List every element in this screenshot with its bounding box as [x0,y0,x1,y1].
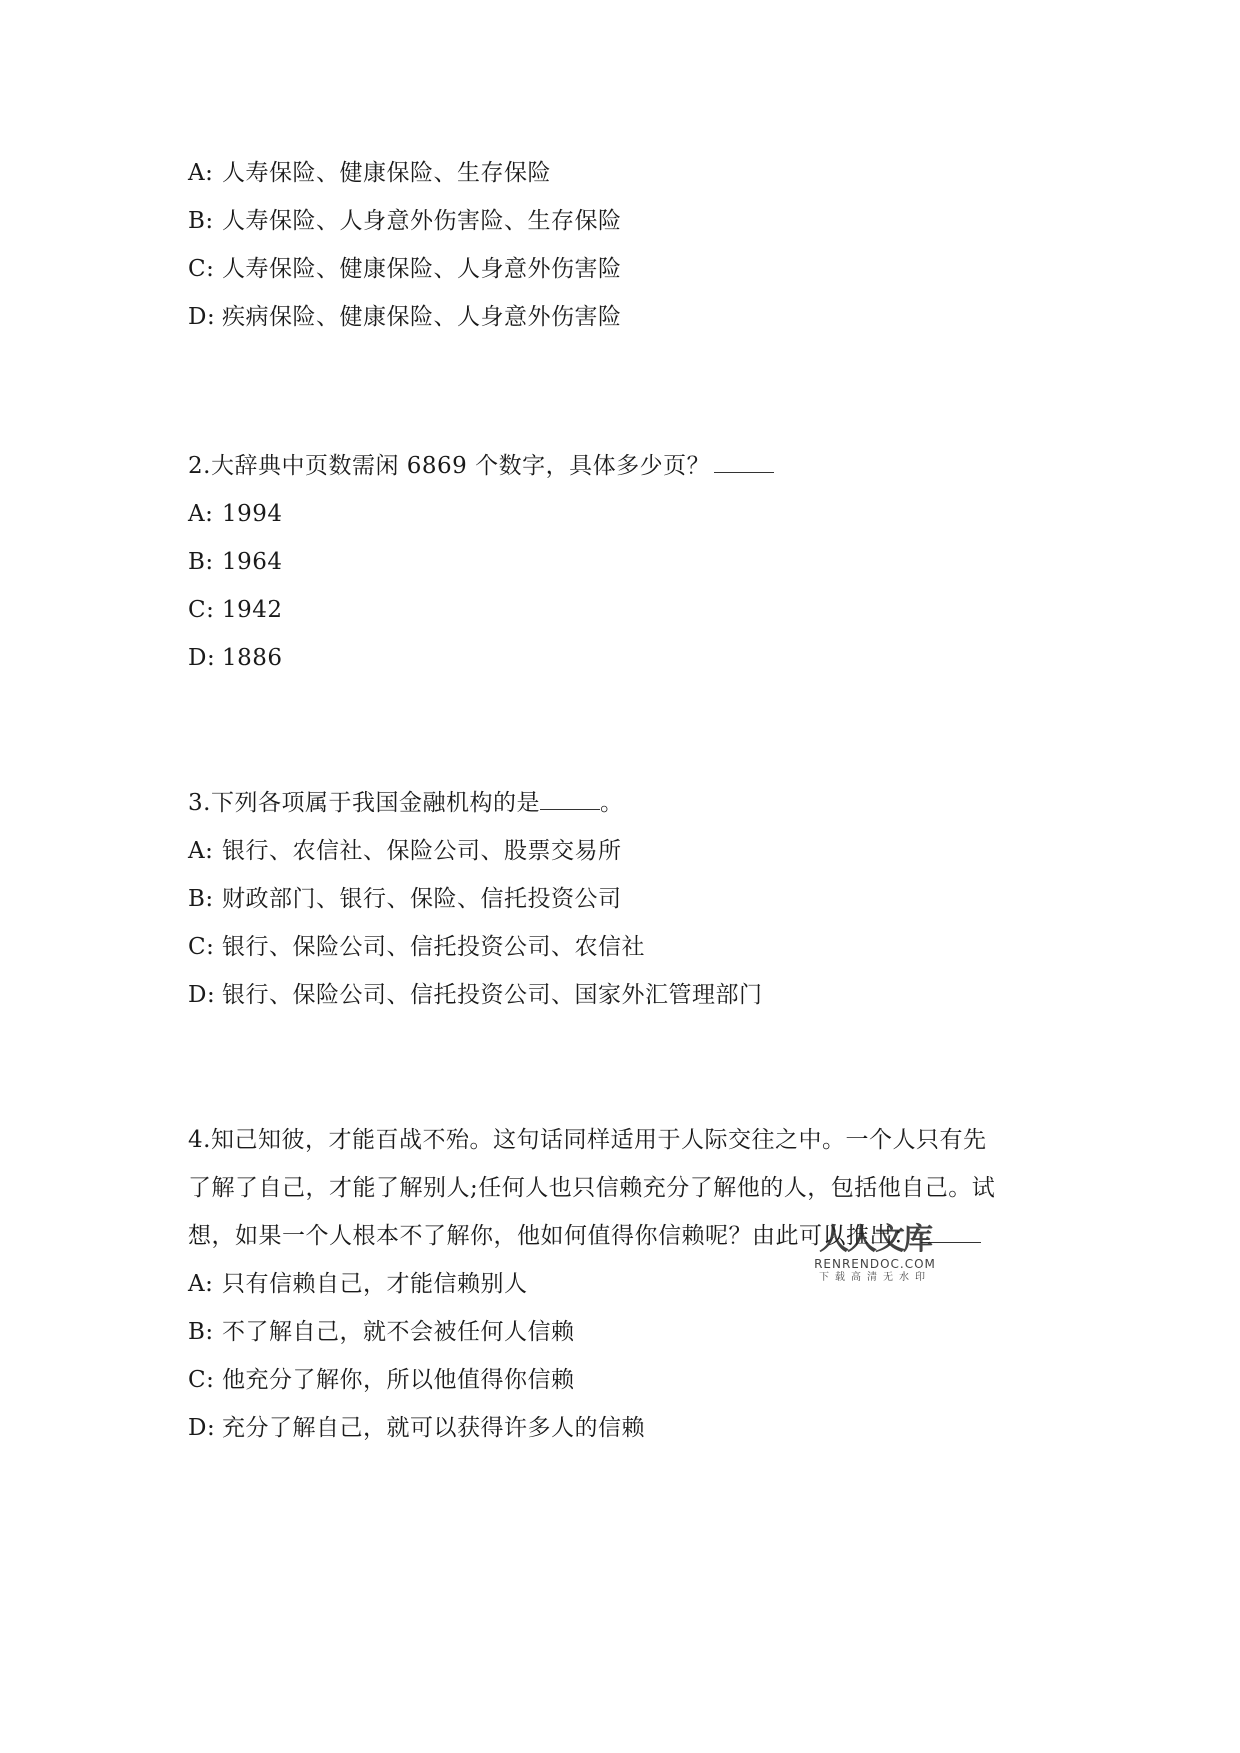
question-number: 4. [188,1127,211,1153]
option-text: 只有信赖自己，才能信赖别人 [222,1271,528,1297]
option-label: D: [188,643,222,673]
q1-option-c: C:人寿保险、健康保险、人身意外伤害险 [188,254,622,284]
option-text: 1994 [222,501,283,527]
q4-option-d: D:充分了解自己，就可以获得许多人的信赖 [188,1413,645,1443]
q3-option-d: D:银行、保险公司、信托投资公司、国家外汇管理部门 [188,980,763,1010]
option-text: 财政部门、银行、保险、信托投资公司 [222,886,622,912]
document-page: A:人寿保险、健康保险、生存保险 B:人寿保险、人身意外伤害险、生存保险 C:人… [0,0,1240,1753]
q4-stem-line-1: 4.知己知彼，才能百战不殆。这句话同样适用于人际交往之中。一个人只有先 [188,1125,986,1155]
option-label: A: [188,1269,222,1299]
option-text: 银行、保险公司、信托投资公司、农信社 [222,934,645,960]
question-number: 2. [188,453,211,479]
option-label: C: [188,595,222,625]
question-text: 了解了自己，才能了解别人;任何人也只信赖充分了解他的人，包括他自己。试 [188,1175,995,1201]
option-text: 人寿保险、健康保险、生存保险 [222,160,551,186]
option-label: C: [188,254,222,284]
option-label: C: [188,932,222,962]
option-text: 充分了解自己，就可以获得许多人的信赖 [222,1415,645,1441]
q4-stem-line-2: 了解了自己，才能了解别人;任何人也只信赖充分了解他的人，包括他自己。试 [188,1173,995,1203]
option-text: 1886 [222,645,283,671]
q2-option-c: C:1942 [188,595,283,625]
option-text: 他充分了解你，所以他值得你信赖 [222,1367,575,1393]
question-text: 知己知彼，才能百战不殆。这句话同样适用于人际交往之中。一个人只有先 [211,1127,987,1153]
option-label: D: [188,302,222,332]
q3-option-c: C:银行、保险公司、信托投资公司、农信社 [188,932,645,962]
option-label: A: [188,158,222,188]
question-number: 3. [188,790,211,816]
option-label: A: [188,836,222,866]
option-label: C: [188,1365,222,1395]
option-text: 人寿保险、健康保险、人身意外伤害险 [222,256,622,282]
answer-blank [540,791,600,810]
q3-option-b: B:财政部门、银行、保险、信托投资公司 [188,884,622,914]
option-text: 银行、保险公司、信托投资公司、国家外汇管理部门 [222,982,763,1008]
option-text: 银行、农信社、保险公司、股票交易所 [222,838,622,864]
question-text: 想，如果一个人根本不了解你，他如何值得你信赖呢？由此可以推出： [188,1223,917,1249]
q2-option-b: B:1964 [188,547,283,577]
q4-option-c: C:他充分了解你，所以他值得你信赖 [188,1365,575,1395]
question-suffix: 。 [600,790,624,816]
q3-stem: 3.下列各项属于我国金融机构的是。 [188,788,623,818]
option-label: B: [188,547,222,577]
watermark-domain: RENRENDOC.COM [810,1257,940,1271]
question-text: 下列各项属于我国金融机构的是 [211,790,540,816]
q3-option-a: A:银行、农信社、保险公司、股票交易所 [188,836,622,866]
q1-option-d: D:疾病保险、健康保险、人身意外伤害险 [188,302,622,332]
option-text: 1964 [222,549,283,575]
option-label: B: [188,1317,222,1347]
q2-option-a: A:1994 [188,499,283,529]
q4-option-b: B:不了解自己，就不会被任何人信赖 [188,1317,575,1347]
watermark-tagline: 下载高清无水印 [810,1271,940,1285]
option-label: B: [188,206,222,236]
option-text: 不了解自己，就不会被任何人信赖 [222,1319,575,1345]
q1-option-b: B:人寿保险、人身意外伤害险、生存保险 [188,206,622,236]
answer-blank [714,454,774,473]
q1-option-a: A:人寿保险、健康保险、生存保险 [188,158,551,188]
option-text: 人寿保险、人身意外伤害险、生存保险 [222,208,622,234]
option-text: 疾病保险、健康保险、人身意外伤害险 [222,304,622,330]
watermark-title: 人人文库 [810,1225,940,1255]
option-label: A: [188,499,222,529]
option-label: D: [188,980,222,1010]
option-label: D: [188,1413,222,1443]
option-text: 1942 [222,597,283,623]
q2-stem: 2.大辞典中页数需闲 6869 个数字，具体多少页？ [188,451,774,481]
question-text: 大辞典中页数需闲 6869 个数字，具体多少页？ [211,453,710,479]
q4-option-a: A:只有信赖自己，才能信赖别人 [188,1269,528,1299]
watermark-logo: 人人文库 RENRENDOC.COM 下载高清无水印 [810,1225,940,1285]
q2-option-d: D:1886 [188,643,283,673]
option-label: B: [188,884,222,914]
